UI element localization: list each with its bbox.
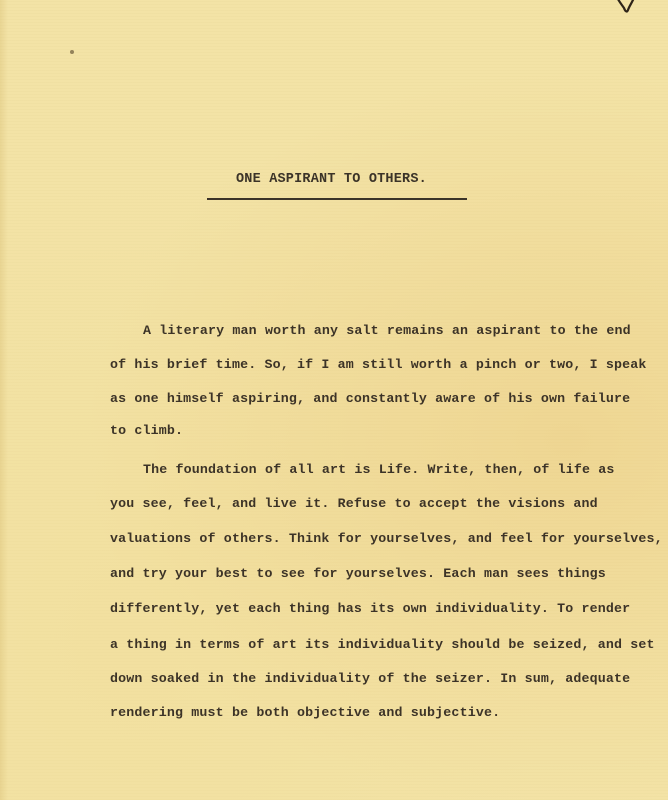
paper-spot xyxy=(70,50,74,54)
document-title: ONE ASPIRANT TO OTHERS. xyxy=(236,172,427,187)
title-underline xyxy=(207,198,467,200)
paragraph-2-line-4: and try your best to see for yourselves.… xyxy=(110,566,606,581)
paragraph-2-line-5: differently, yet each thing has its own … xyxy=(110,601,630,616)
paperclip-mark-icon xyxy=(612,0,640,16)
paragraph-1-line-3: as one himself aspiring, and constantly … xyxy=(110,391,630,406)
paragraph-2-line-6: a thing in terms of art its individualit… xyxy=(110,637,655,652)
paragraph-2-line-1: The foundation of all art is Life. Write… xyxy=(143,462,615,477)
paragraph-1-line-4: to climb. xyxy=(110,423,183,438)
paragraph-2-line-8: rendering must be both objective and sub… xyxy=(110,705,500,720)
paragraph-2-line-7: down soaked in the individuality of the … xyxy=(110,671,630,686)
paragraph-1-line-1: A literary man worth any salt remains an… xyxy=(143,323,631,338)
paragraph-2-line-3: valuations of others. Think for yourselv… xyxy=(110,531,663,546)
typewritten-page: ONE ASPIRANT TO OTHERS. A literary man w… xyxy=(0,0,668,800)
paragraph-2-line-2: you see, feel, and live it. Refuse to ac… xyxy=(110,496,598,511)
paragraph-1-line-2: of his brief time. So, if I am still wor… xyxy=(110,357,647,372)
